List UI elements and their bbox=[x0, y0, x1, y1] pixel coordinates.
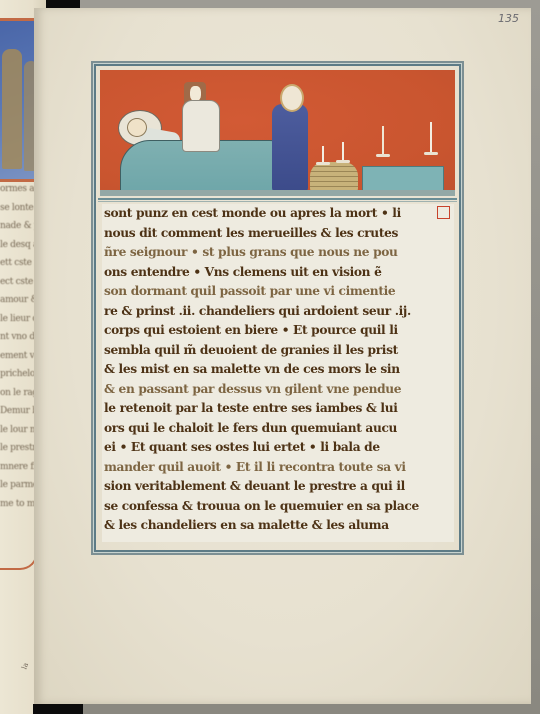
scanner-clip-bottom bbox=[33, 704, 83, 714]
standing-man-head bbox=[280, 84, 304, 112]
text-line: ei • Et quant ses ostes lui ertet • li b… bbox=[104, 438, 454, 457]
text-line: son dormant quil passoit par une vi cime… bbox=[104, 282, 454, 301]
text-line: nous dit comment les merueilles & les cr… bbox=[104, 224, 454, 243]
text-column: sont punz en cest monde ou apres la mort… bbox=[102, 204, 454, 542]
woman-face bbox=[190, 86, 201, 101]
text-line: sont punz en cest monde ou apres la mort… bbox=[104, 204, 454, 223]
manuscript-page: 135 sont punz en bbox=[34, 8, 531, 704]
text-line: ons entendre • Vns clemens uit en vision… bbox=[104, 263, 454, 282]
facing-page-margin-note: la bbox=[20, 662, 30, 671]
standing-man-robe bbox=[272, 104, 308, 192]
text-frame: sont punz en cest monde ou apres la mort… bbox=[94, 64, 461, 552]
frame-divider bbox=[98, 198, 457, 200]
candle-icon bbox=[430, 122, 432, 154]
candle-icon bbox=[382, 126, 384, 156]
facing-page-figure bbox=[2, 49, 22, 169]
text-line: & les mist en sa malette vn de ces mors … bbox=[104, 360, 454, 379]
text-line: & les chandeliers en sa malette & les al… bbox=[104, 516, 454, 535]
miniature-illustration bbox=[100, 70, 455, 196]
candlestick-icon bbox=[424, 152, 438, 155]
text-line: se confessa & trouua on le quemuier en s… bbox=[104, 497, 454, 516]
candlestick-icon bbox=[336, 160, 350, 163]
text-line: & en passant par dessus vn gilent vne pe… bbox=[104, 380, 454, 399]
text-line: mander quil auoit • Et il li recontra to… bbox=[104, 458, 454, 477]
text-line: re & prinst .ii. chandeliers qui ardoien… bbox=[104, 302, 454, 321]
sick-man-head bbox=[127, 118, 147, 137]
frame-divider bbox=[98, 201, 457, 202]
facing-page-border bbox=[0, 548, 38, 570]
candlestick-icon bbox=[376, 154, 390, 157]
text-line: ñre seignour • st plus grans que nous n… bbox=[104, 243, 454, 262]
woman-body bbox=[182, 100, 220, 152]
folio-number: 135 bbox=[498, 12, 519, 25]
text-line: sembla quil m̃ deuoient de granies il le… bbox=[104, 341, 454, 360]
text-line: sion veritablement & deuant le prestre a… bbox=[104, 477, 454, 496]
text-line: corps qui estoient en biere • Et pource … bbox=[104, 321, 454, 340]
candlestick-icon bbox=[316, 162, 330, 165]
miniature-ground bbox=[100, 190, 455, 196]
text-line: ors qui le chaloit le fers dun quemuiant… bbox=[104, 419, 454, 438]
text-line: le retenoit par la teste entre ses iambe… bbox=[104, 399, 454, 418]
candle-icon bbox=[342, 142, 344, 162]
